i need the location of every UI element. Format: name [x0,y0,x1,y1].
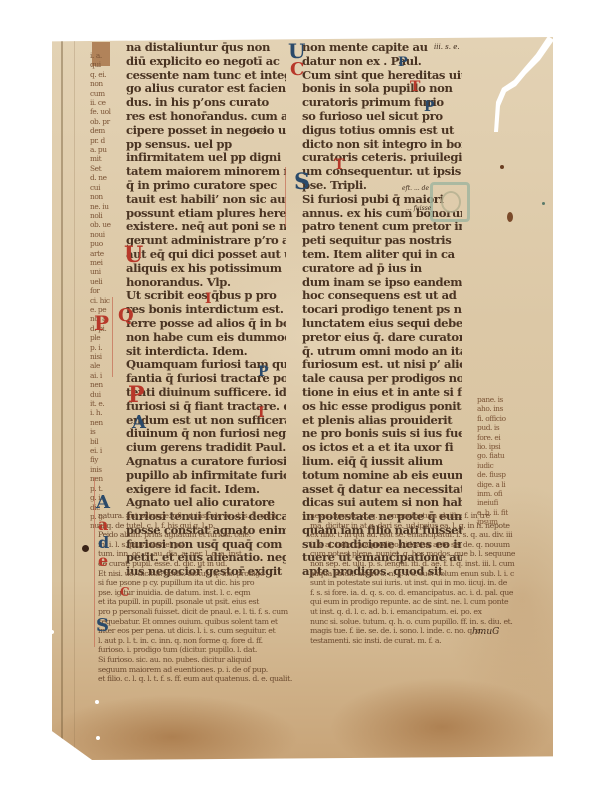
fold-line [61,37,63,760]
text-line: in. i. l. s. pius inter ei psi [98,540,303,550]
text-line: l. aut p. l. t. in. c. inn. q. non forme… [98,636,303,646]
text-line: fe. uol [90,107,120,116]
text-line: na distal​iuntur q̄us non [126,41,286,55]
text-line: res est honor̄andus. cum ac [126,110,286,124]
text-line: cessente nam tunc et integ [126,69,286,83]
text-line: lium. eiq̄ q̄ iussit alium [302,455,462,469]
text-line: ci. hic [90,296,120,305]
text-line: i. a. [90,51,120,60]
text-line: curatoris ceteris. priuilegi [302,151,462,165]
signature-note: hmuG [472,627,499,637]
text-line: i. h. ai. tolle. qua prodigo uideatur an… [310,540,515,550]
text-line: de curat. pupil. esse. d. dic. ut in ud. [98,559,303,569]
text-line: hoc consequens est ut ad [302,289,462,303]
text-line: et filio. c. l. q. l. t. f. s. ff. eum a… [98,674,303,684]
text-line: honorandus. Vlp. [126,276,286,290]
text-line: dem [90,126,120,135]
pen-flourish [112,297,113,377]
stain-spot [542,202,545,205]
text-line: Et nisi. uo. dicitur. bonis. iactus. q. … [98,569,303,579]
text-line: go alius curator est facien [126,82,286,96]
text-line: f. s. si fore. ia. d. q. s. co. d. emanc… [310,588,515,598]
text-line: ob. ue [90,220,120,229]
marginal-note: eft. ... de [402,185,429,192]
text-line: peti sequitur pas nostris [302,234,462,248]
text-line: ueli [90,277,120,286]
binding-hole [50,630,54,634]
stain-spot [507,212,513,222]
text-line: ut inst. q. d. l. c. ad. b. i. emancipat… [310,607,515,617]
text-line: pr. d [90,136,120,145]
text-line: uni [90,267,120,276]
main-text-column-left: na distal​iuntur q̄us nondiū explicito … [126,41,286,579]
text-line: fi. officio [477,414,522,423]
text-line: lunctatem eius sequi debeat [302,317,462,331]
torn-edge [480,30,560,140]
gloss-bottom-right: ne as. nepote. d. q. c. emancipatum ab i… [310,511,515,645]
ruling-line [74,37,75,760]
text-line: non sep. ei. ulu. p. s. lengui. iti. d. … [310,559,515,569]
initial-letter: P [128,382,145,408]
text-line: ii. ce [90,98,120,107]
initial-letter: A [96,492,110,513]
text-line: so furioso uel sicut pro [302,110,462,124]
text-line: aut eq̄ qui dici posset aut un [126,248,286,262]
text-line: inter eos per pena. ut dicis. l. i. s. c… [98,626,303,636]
text-line: i. h. [90,408,120,417]
text-line: tenti diuinum sufficere. idem uo [126,386,286,400]
right-margin-gloss: pane. isaho. insfi. officiopud. isfore. … [477,395,522,527]
text-line: cium gerens tradidit Paul. [126,441,286,455]
text-line: d. ne [90,173,120,182]
initial-letter: T [410,79,420,95]
text-line: gerunt administrare p’ro ac [126,234,286,248]
initial-letter: e [98,551,108,570]
text-line: qui [90,60,120,69]
initial-letter: I [258,405,265,421]
text-line: fore. ei [477,433,522,442]
text-line: totum nomine ab eis euum leg [302,469,462,483]
initial-letter: d [98,533,109,552]
text-line: furioso. i. prodigo tum (dicitur. pupill… [98,645,303,655]
pen-flourish [285,167,286,227]
text-line: q̄. utrum omni modo an ita si [302,345,462,359]
text-line: mei [90,258,120,267]
text-line: inm. ofi [477,489,522,498]
text-line: non [90,192,120,201]
initial-letter: P [424,99,435,115]
text-line: cum [90,89,120,98]
initial-letter: U [124,242,143,268]
text-line: Si furioso. sic. au. no. pubes. dicitur … [98,655,303,665]
text-line: inis [90,465,120,474]
text-line: digus totius omnis est ut [302,124,462,138]
text-line: de. fiusp [477,470,522,479]
text-line: diū explicito eo negotī ac [126,55,286,69]
text-line: pud. is [477,423,522,432]
text-line: tocari prodigo tenent ps no [302,303,462,317]
text-line: patro tenent cum pretor in [302,220,462,234]
text-line: q̄ in primo curatore spec [126,179,286,193]
text-line: ei. i [90,446,120,455]
text-line: natura. aut adiunge. ofi. ut inst. de re… [98,511,303,521]
text-line: non habe cum eis dummodo [126,331,286,345]
text-line: infirmitatem uel pp digni [126,151,286,165]
initial-letter: P [398,55,408,70]
text-line: noli [90,211,120,220]
pen-flourish [94,477,95,647]
text-line: non [90,79,120,88]
text-line: a. pu [90,145,120,154]
text-line: dicto non sit integro in bonis [302,138,462,152]
text-line: curatore ad p̄ ius in [302,262,462,276]
text-line: it. e. [90,399,120,408]
initial-letter: P [94,311,109,335]
text-line: nunc si. solue. tutum. q. h. o. cum pupi… [310,617,515,627]
ink-spot [82,545,89,552]
text-line: bonis in sola pupillo non [302,82,462,96]
text-line: tem. Item aliter qui in ca [302,248,462,262]
text-line: tum. inn. oc. q. au. dia. a. per. l. q. … [98,549,303,559]
text-line: ex filio. t. in qui ad. eiut se. emancip… [310,530,515,540]
text-line: sunt in potestate sui iuris. ut inst. qu… [310,578,515,588]
text-line: nisi [90,352,120,361]
text-line: pro p personali fuisset. dicit de pnaul.… [98,607,303,617]
text-line: testamenti. sic insti. de curat. m. f. a… [310,636,515,646]
initial-letter: C [290,59,304,80]
marginal-drawing [430,182,470,222]
text-line: bil [90,437,120,446]
text-line: dum inam se ipso eandem [302,276,462,290]
text-line: aliq. de tutel. c. l. f. his qui q. l. p… [98,521,303,531]
main-text-column-right: non mente capite audatur non ex . Paul.C… [302,41,462,579]
text-line: datur non ex . Paul. [302,55,462,69]
text-line: is [90,427,120,436]
text-line: arte [90,249,120,258]
text-line: dicas sui autem si non habe [302,496,462,510]
text-line: os ictos et a et ita uxor fi [302,441,462,455]
marginal-note: ... fuisse [406,205,431,212]
text-line: Agnato uel alio curatore [126,496,286,510]
text-line: um consequentur. ut ipsis f [302,165,462,179]
initial-letter: S [96,615,109,636]
face-drawing-icon [441,191,461,213]
text-line: pane. is [477,395,522,404]
binding-hole [95,700,99,704]
text-line: noui [90,230,120,239]
text-line: furiosum est. ut nisi p’ alio [302,358,462,372]
text-line: puo [90,239,120,248]
binding-hole [96,736,100,740]
text-line: cui [90,183,120,192]
text-line: ne pro bonis suis si ius fuere [302,427,462,441]
text-line: diuinum q̄ non furiosi nego [126,427,286,441]
text-line: curatoris primum furio [302,96,462,110]
text-line: exigere id facit. Idem. [126,483,286,497]
text-line: iudic [477,461,522,470]
initial-letter: a [98,515,108,534]
manuscript-leaf: i. a.quiq. ei.noncumii. cefe. uolob. prd… [52,37,553,760]
initial-letter: T [334,157,344,173]
text-line: ne. iu [90,202,120,211]
text-line: tauit est habili’ non sic aut [126,193,286,207]
text-line: ma. dicitur in at q. dari se. ud ipsius … [310,521,515,531]
text-line: lio. ipsi [477,442,522,451]
text-line: q. ei. [90,70,120,79]
text-line: pupillo ab infirmitate furiosi [126,469,286,483]
text-line: aliqua sinuh. andri. s. n. s. i. s. sue.… [310,569,515,579]
left-margin-gloss: i. a.quiq. ei.noncumii. cefe. uolob. prd… [90,51,120,531]
text-line: nen [90,380,120,389]
marginal-note: iii. s. e. [434,43,460,51]
text-line: ineiufi [477,498,522,507]
text-line: aliquis ex his potissimum [126,262,286,276]
text-line: ale [90,361,120,370]
text-line: possunt etiam plures heredes ei [126,207,286,221]
text-line: pretor eius q̄. dare curatorem [302,331,462,345]
initial-letter: I [205,291,212,307]
initial-letter: C [120,585,130,599]
initial-letter: Q [118,305,134,326]
initial-letter: A [132,412,146,433]
text-line: dui [90,390,120,399]
text-line: for [90,286,120,295]
text-line: dige. a li [477,480,522,489]
stain-spot [500,165,504,169]
text-line: aho. ins [477,404,522,413]
marginal-note: claud [250,127,267,134]
text-line: asset q̄ datur ea necessitate q̄ ut [302,483,462,497]
text-line: os hic esse prodigus ponit [302,400,462,414]
text-line: p. i. [90,343,120,352]
text-line: qui eum in prodigo repunte. ac de sint. … [310,597,515,607]
text-line: ne as. nepote. d. q. c. emancipatum ab i… [310,511,515,521]
text-line: sit interdicta. Idem. [126,345,286,359]
text-line: et plenis alias prouiderit [302,414,462,428]
text-line: tione in eius et in ante si filii [302,386,462,400]
initial-letter: S [294,169,310,195]
text-line: ferre posse ad alios q̄ in bo [126,317,286,331]
initial-letter: P [258,364,269,380]
text-line: nen [90,418,120,427]
text-line: go. fiatu [477,451,522,460]
text-line: Agnatus a curatore furiosi aut [126,455,286,469]
text-line: fiy [90,455,120,464]
text-line: ai. i [90,371,120,380]
text-line: Peido alium. prius agnatum et furiosi. c… [98,530,303,540]
text-line: existere. neq̄ aut poni se ne [126,220,286,234]
text-line: seguum maiorem ad euentiones. p. i. de o… [98,665,303,675]
text-line: cum potest plene. puniet. q. hos modos. … [310,549,515,559]
text-line: tatem maiorem minorem ne [126,165,286,179]
text-line: Set [90,164,120,173]
text-line: dus. in his p’ons curato [126,96,286,110]
text-line: mit [90,154,120,163]
text-line: ob. pr [90,117,120,126]
text-line: Cum sint que hereditas uiuunt [302,69,462,83]
text-line: sequebatur. Et omnes ouium. quibus solen… [98,617,303,627]
text-line: pp sensus. uel pp [126,138,286,152]
text-line: tale causa per prodigos nostris [302,372,462,386]
